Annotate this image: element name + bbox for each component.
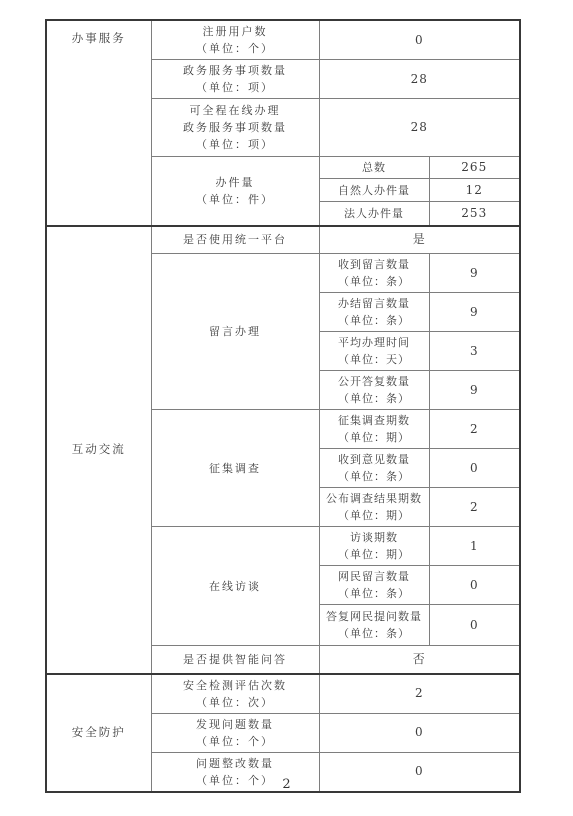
metric-value: 0 — [429, 605, 520, 646]
sub-metric-label-cell: 收到留言数量 （单位：条） — [319, 254, 429, 293]
sub-metric-label: 法人办件量 — [322, 205, 427, 222]
metric-group-label: 征集调查 — [154, 460, 317, 477]
sub-metric-label-cell: 法人办件量 — [319, 202, 429, 226]
metric-value: 2 — [319, 674, 520, 714]
metric-value: 是 — [319, 226, 520, 254]
table-row: 办事服务 注册用户数 （单位：个） 0 — [46, 20, 520, 60]
metric-label: 安全检测评估次数 — [154, 677, 317, 694]
sub-metric-unit: （单位：条） — [322, 390, 427, 407]
metric-group-label: 在线访谈 — [154, 578, 317, 595]
metric-unit: （单位：个） — [154, 733, 317, 750]
metric-label-cell: 发现问题数量 （单位：个） — [151, 713, 319, 752]
table-row: 互动交流 是否使用统一平台 是 — [46, 226, 520, 254]
category-cell-security: 安全防护 — [46, 674, 151, 792]
metric-value: 0 — [429, 449, 520, 488]
metric-label: 可全程在线办理 — [154, 102, 317, 119]
category-cell-service: 办事服务 — [46, 20, 151, 226]
metric-label: 政务服务事项数量 — [154, 62, 317, 79]
sub-metric-unit: （单位：期） — [322, 429, 427, 446]
sub-metric-label-cell: 平均办理时间 （单位：天） — [319, 332, 429, 371]
metric-value: 28 — [319, 60, 520, 99]
metric-label-cell: 是否使用统一平台 — [151, 226, 319, 254]
sub-metric-label: 网民留言数量 — [322, 568, 427, 585]
sub-metric-label: 自然人办件量 — [322, 182, 427, 199]
metric-value: 否 — [319, 646, 520, 674]
sub-metric-label: 平均办理时间 — [322, 334, 427, 351]
metric-value: 9 — [429, 254, 520, 293]
category-cell-interaction: 互动交流 — [46, 226, 151, 674]
document-page: 办事服务 注册用户数 （单位：个） 0 政务服务事项数量 （单位：项） 28 可… — [0, 0, 573, 816]
sub-metric-label-cell: 总数 — [319, 157, 429, 179]
metric-value: 12 — [429, 179, 520, 202]
metric-value: 3 — [429, 332, 520, 371]
metric-label-cell: 是否提供智能问答 — [151, 646, 319, 674]
sub-metric-unit: （单位：条） — [322, 585, 427, 602]
metric-value: 2 — [429, 488, 520, 527]
metric-label-cell: 安全检测评估次数 （单位：次） — [151, 674, 319, 714]
sub-metric-label: 收到留言数量 — [322, 256, 427, 273]
metric-group-unit: （单位：件） — [154, 191, 317, 208]
metric-value: 265 — [429, 157, 520, 179]
sub-metric-label-cell: 办结留言数量 （单位：条） — [319, 293, 429, 332]
category-label: 办事服务 — [49, 30, 149, 47]
sub-metric-unit: （单位：条） — [322, 625, 427, 642]
sub-metric-label-cell: 网民留言数量 （单位：条） — [319, 566, 429, 605]
page-number: 2 — [0, 777, 573, 792]
metric-value: 2 — [429, 410, 520, 449]
sub-metric-label-cell: 收到意见数量 （单位：条） — [319, 449, 429, 488]
metric-value: 1 — [429, 527, 520, 566]
metric-group-label-cell: 留言办理 — [151, 254, 319, 410]
category-label: 互动交流 — [49, 441, 149, 458]
metric-value: 28 — [319, 99, 520, 157]
sub-metric-label-cell: 自然人办件量 — [319, 179, 429, 202]
metric-label: 注册用户数 — [154, 23, 317, 40]
metric-unit: （单位：项） — [154, 136, 317, 153]
sub-metric-label: 公布调查结果期数 — [322, 490, 427, 507]
metric-label: 政务服务事项数量 — [154, 119, 317, 136]
sub-metric-unit: （单位：条） — [322, 312, 427, 329]
category-label: 安全防护 — [49, 724, 149, 741]
sub-metric-label-cell: 征集调查期数 （单位：期） — [319, 410, 429, 449]
sub-metric-label: 收到意见数量 — [322, 451, 427, 468]
sub-metric-label: 访谈期数 — [322, 529, 427, 546]
sub-metric-unit: （单位：天） — [322, 351, 427, 368]
sub-metric-label-cell: 访谈期数 （单位：期） — [319, 527, 429, 566]
metric-group-label-cell: 办件量 （单位：件） — [151, 157, 319, 226]
indicators-table: 办事服务 注册用户数 （单位：个） 0 政务服务事项数量 （单位：项） 28 可… — [45, 19, 521, 793]
metric-label: 问题整改数量 — [154, 755, 317, 772]
metric-label-cell: 政务服务事项数量 （单位：项） — [151, 60, 319, 99]
metric-label-cell: 可全程在线办理 政务服务事项数量 （单位：项） — [151, 99, 319, 157]
sub-metric-label: 总数 — [322, 159, 427, 176]
table-row: 安全防护 安全检测评估次数 （单位：次） 2 — [46, 674, 520, 714]
metric-label: 是否提供智能问答 — [154, 651, 317, 668]
sub-metric-unit: （单位：期） — [322, 507, 427, 524]
sub-metric-label: 公开答复数量 — [322, 373, 427, 390]
metric-label-cell: 注册用户数 （单位：个） — [151, 20, 319, 60]
metric-group-label: 办件量 — [154, 174, 317, 191]
metric-group-label-cell: 征集调查 — [151, 410, 319, 527]
sub-metric-unit: （单位：期） — [322, 546, 427, 563]
metric-value: 0 — [319, 713, 520, 752]
metric-value: 253 — [429, 202, 520, 226]
metric-value: 0 — [429, 566, 520, 605]
metric-label: 是否使用统一平台 — [154, 231, 317, 248]
sub-metric-label: 征集调查期数 — [322, 412, 427, 429]
metric-group-label: 留言办理 — [154, 323, 317, 340]
sub-metric-label: 办结留言数量 — [322, 295, 427, 312]
sub-metric-label-cell: 答复网民提问数量 （单位：条） — [319, 605, 429, 646]
sub-metric-label: 答复网民提问数量 — [322, 608, 427, 625]
metric-value: 9 — [429, 293, 520, 332]
sub-metric-label-cell: 公布调查结果期数 （单位：期） — [319, 488, 429, 527]
sub-metric-unit: （单位：条） — [322, 468, 427, 485]
sub-metric-unit: （单位：条） — [322, 273, 427, 290]
metric-unit: （单位：项） — [154, 79, 317, 96]
metric-value: 9 — [429, 371, 520, 410]
metric-unit: （单位：次） — [154, 694, 317, 711]
metric-label: 发现问题数量 — [154, 716, 317, 733]
metric-value: 0 — [319, 20, 520, 60]
metric-group-label-cell: 在线访谈 — [151, 527, 319, 646]
sub-metric-label-cell: 公开答复数量 （单位：条） — [319, 371, 429, 410]
metric-unit: （单位：个） — [154, 40, 317, 57]
